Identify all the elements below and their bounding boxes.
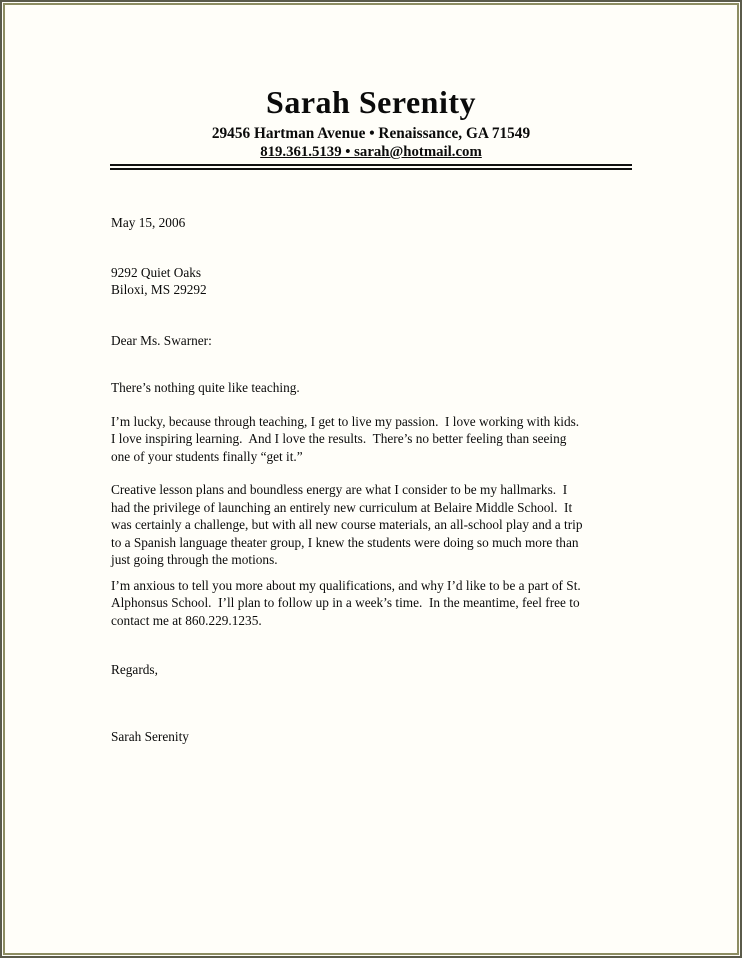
letterhead-contact-line: 819.361.5139 • sarah@hotmail.com [5,144,737,161]
page-border-frame: Sarah Serenity 29456 Hartman Avenue • Re… [3,3,739,955]
letterhead-address-line: 29456 Hartman Avenue • Renaissance, GA 7… [5,125,737,142]
paragraph-4: I’m anxious to tell you more about my qu… [111,577,691,630]
recipient-address: 9292 Quiet Oaks Biloxi, MS 29292 [111,264,691,299]
letterhead-double-rule [110,164,632,170]
paragraph-1: There’s nothing quite like teaching. [111,379,691,397]
salutation: Dear Ms. Swarner: [111,332,691,350]
closing: Regards, [111,661,691,679]
letter-page: Sarah Serenity 29456 Hartman Avenue • Re… [0,0,742,958]
paragraph-3: Creative lesson plans and boundless ener… [111,481,691,569]
letter-body: May 15, 2006 9292 Quiet Oaks Biloxi, MS … [111,214,691,745]
paragraph-2: I’m lucky, because through teaching, I g… [111,413,691,466]
signature-name: Sarah Serenity [111,728,691,746]
letterhead-name: Sarah Serenity [5,85,737,119]
letter-date: May 15, 2006 [111,214,691,232]
letterhead: Sarah Serenity 29456 Hartman Avenue • Re… [5,5,737,170]
